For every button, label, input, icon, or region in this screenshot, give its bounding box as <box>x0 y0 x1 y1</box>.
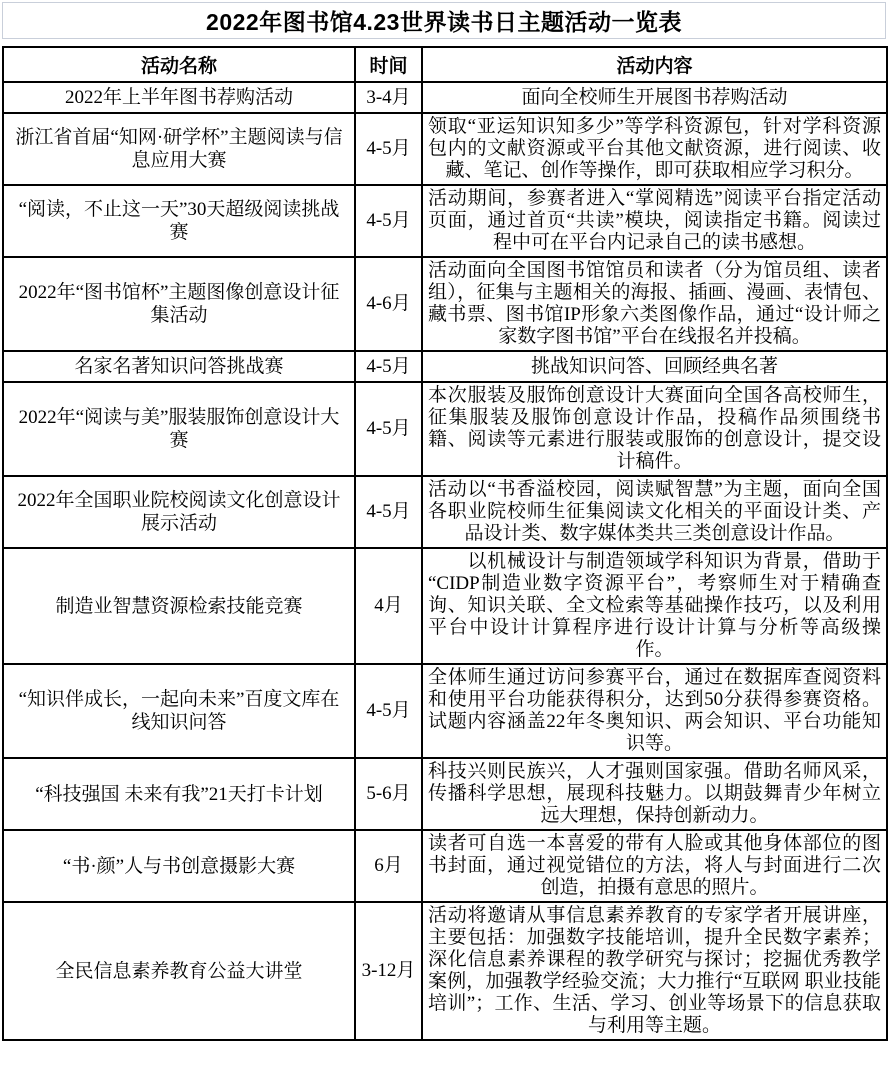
table-row: “科技强国 未来有我”21天打卡计划 5-6月 科技兴则民族兴，人才强则国家强。… <box>3 758 887 830</box>
activity-content-cell: 活动将邀请从事信息素养教育的专家学者开展讲座，主要包括：加强数字技能培训，提升全… <box>422 902 887 1040</box>
time-cell: 4-5月 <box>355 382 422 476</box>
page-title: 2022年图书馆4.23世界读书日主题活动一览表 <box>2 2 886 39</box>
activity-content-cell: 活动期间，参赛者进入“掌阅精选”阅读平台指定活动页面，通过首页“共读”模块，阅读… <box>422 185 887 257</box>
time-cell: 4月 <box>355 548 422 664</box>
activity-content-cell: 挑战知识问答、回顾经典名著 <box>422 351 887 382</box>
header-time: 时间 <box>355 47 422 82</box>
activity-content-cell: 本次服装及服饰创意设计大赛面向全国各高校师生，征集服装及服饰创意设计作品，投稿作… <box>422 382 887 476</box>
time-cell: 3-12月 <box>355 902 422 1040</box>
time-cell: 3-4月 <box>355 82 422 113</box>
time-cell: 4-5月 <box>355 664 422 758</box>
table-row: 2022年上半年图书荐购活动 3-4月 面向全校师生开展图书荐购活动 <box>3 82 887 113</box>
activity-name-cell: “知识伴成长，一起向未来”百度文库在线知识问答 <box>3 664 355 758</box>
activity-name-cell: 2022年“阅读与美”服装服饰创意设计大赛 <box>3 382 355 476</box>
time-cell: 4-5月 <box>355 351 422 382</box>
table-row: “知识伴成长，一起向未来”百度文库在线知识问答 4-5月 全体师生通过访问参赛平… <box>3 664 887 758</box>
time-cell: 4-5月 <box>355 185 422 257</box>
header-activity-name: 活动名称 <box>3 47 355 82</box>
activity-name-cell: 2022年上半年图书荐购活动 <box>3 82 355 113</box>
activities-table: 活动名称 时间 活动内容 2022年上半年图书荐购活动 3-4月 面向全校师生开… <box>2 46 888 1041</box>
activity-content-cell: 领取“亚运知识知多少”等学科资源包，针对学科资源包内的文献资源或平台其他文献资源… <box>422 113 887 185</box>
activity-name-cell: 全民信息素养教育公益大讲堂 <box>3 902 355 1040</box>
activity-content-cell: 科技兴则民族兴，人才强则国家强。借助名师风采，传播科学思想，展现科技魅力。以期鼓… <box>422 758 887 830</box>
activity-content-cell: 活动面向全国图书馆馆员和读者（分为馆员组、读者组），征集与主题相关的海报、插画、… <box>422 257 887 351</box>
activity-name-cell: 2022年“图书馆杯”主题图像创意设计征集活动 <box>3 257 355 351</box>
table-row: 浙江省首届“知网·研学杯”主题阅读与信息应用大赛 4-5月 领取“亚运知识知多少… <box>3 113 887 185</box>
header-activity-content: 活动内容 <box>422 47 887 82</box>
activity-content-cell: 面向全校师生开展图书荐购活动 <box>422 82 887 113</box>
page: 2022年图书馆4.23世界读书日主题活动一览表 活动名称 时间 活动内容 20… <box>0 0 888 1043</box>
activity-name-cell: 浙江省首届“知网·研学杯”主题阅读与信息应用大赛 <box>3 113 355 185</box>
table-row: 2022年“图书馆杯”主题图像创意设计征集活动 4-6月 活动面向全国图书馆馆员… <box>3 257 887 351</box>
table-row: “阅读，不止这一天”30天超级阅读挑战赛 4-5月 活动期间，参赛者进入“掌阅精… <box>3 185 887 257</box>
time-cell: 5-6月 <box>355 758 422 830</box>
activity-name-cell: “书·颜”人与书创意摄影大赛 <box>3 830 355 902</box>
table-row: 2022年“阅读与美”服装服饰创意设计大赛 4-5月 本次服装及服饰创意设计大赛… <box>3 382 887 476</box>
activity-content-cell: 以机械设计与制造领域学科知识为背景，借助于“CIDP制造业数字资源平台”，考察师… <box>422 548 887 664</box>
time-cell: 6月 <box>355 830 422 902</box>
table-row: 制造业智慧资源检索技能竞赛 4月 以机械设计与制造领域学科知识为背景，借助于“C… <box>3 548 887 664</box>
activity-content-cell: 活动以“书香溢校园，阅读赋智慧”为主题，面向全国各职业院校师生征集阅读文化相关的… <box>422 476 887 548</box>
activity-name-cell: 2022年全国职业院校阅读文化创意设计展示活动 <box>3 476 355 548</box>
table-row: 名家名著知识问答挑战赛 4-5月 挑战知识问答、回顾经典名著 <box>3 351 887 382</box>
activity-name-cell: “阅读，不止这一天”30天超级阅读挑战赛 <box>3 185 355 257</box>
activity-name-cell: 名家名著知识问答挑战赛 <box>3 351 355 382</box>
activity-content-cell: 全体师生通过访问参赛平台，通过在数据库查阅资料和使用平台功能获得积分，达到50分… <box>422 664 887 758</box>
activity-content-cell: 读者可自选一本喜爱的带有人脸或其他身体部位的图书封面，通过视觉错位的方法，将人与… <box>422 830 887 902</box>
table-header-row: 活动名称 时间 活动内容 <box>3 47 887 82</box>
time-cell: 4-6月 <box>355 257 422 351</box>
table-row: “书·颜”人与书创意摄影大赛 6月 读者可自选一本喜爱的带有人脸或其他身体部位的… <box>3 830 887 902</box>
table-row: 全民信息素养教育公益大讲堂 3-12月 活动将邀请从事信息素养教育的专家学者开展… <box>3 902 887 1040</box>
activity-name-cell: 制造业智慧资源检索技能竞赛 <box>3 548 355 664</box>
activity-name-cell: “科技强国 未来有我”21天打卡计划 <box>3 758 355 830</box>
time-cell: 4-5月 <box>355 476 422 548</box>
time-cell: 4-5月 <box>355 113 422 185</box>
table-row: 2022年全国职业院校阅读文化创意设计展示活动 4-5月 活动以“书香溢校园，阅… <box>3 476 887 548</box>
